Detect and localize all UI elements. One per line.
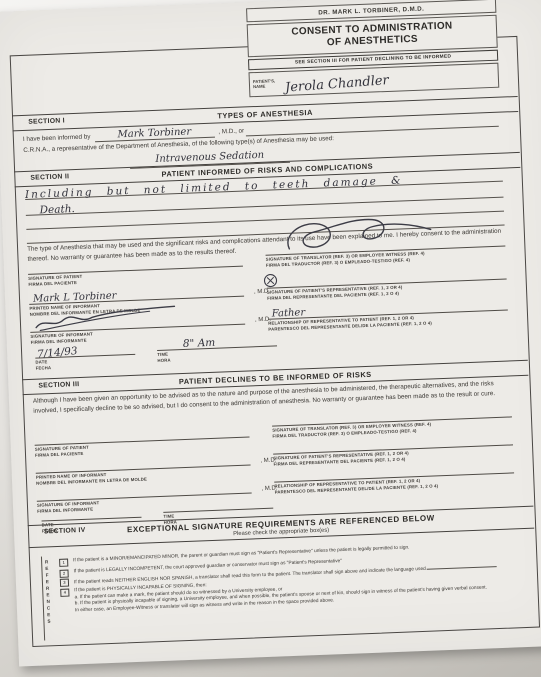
section1-label: SECTION I bbox=[28, 117, 65, 125]
ref-checkbox-3[interactable]: 3 bbox=[60, 578, 69, 586]
time-handwritten: 8" Am bbox=[183, 337, 216, 350]
scanned-consent-form: DR. MARK L. TORBINER, D.M.D. CONSENT TO … bbox=[0, 0, 541, 667]
form-header: DR. MARK L. TORBINER, D.M.D. CONSENT TO … bbox=[246, 0, 499, 97]
ref-checkbox-1[interactable]: 1 bbox=[59, 559, 68, 567]
time-cell: 8" Am TIMEHORA bbox=[157, 331, 278, 363]
translator-signature-scribble bbox=[278, 207, 440, 259]
ref-checkbox-4[interactable]: 4 bbox=[60, 589, 69, 597]
circled-mark-scribble bbox=[262, 272, 279, 289]
date-cell: 7/14/93 DATEFECHA bbox=[35, 341, 136, 371]
section2-label: SECTION II bbox=[30, 173, 69, 181]
patient-name-label: PATIENT'S, NAME bbox=[253, 78, 276, 90]
informed-by-suffix: , M.D., or bbox=[218, 127, 244, 138]
ref-checkbox-2[interactable]: 2 bbox=[59, 569, 68, 577]
patient-name-handwritten: Jerola Chandler bbox=[285, 73, 390, 96]
relationship-handwritten: Father bbox=[272, 307, 306, 319]
